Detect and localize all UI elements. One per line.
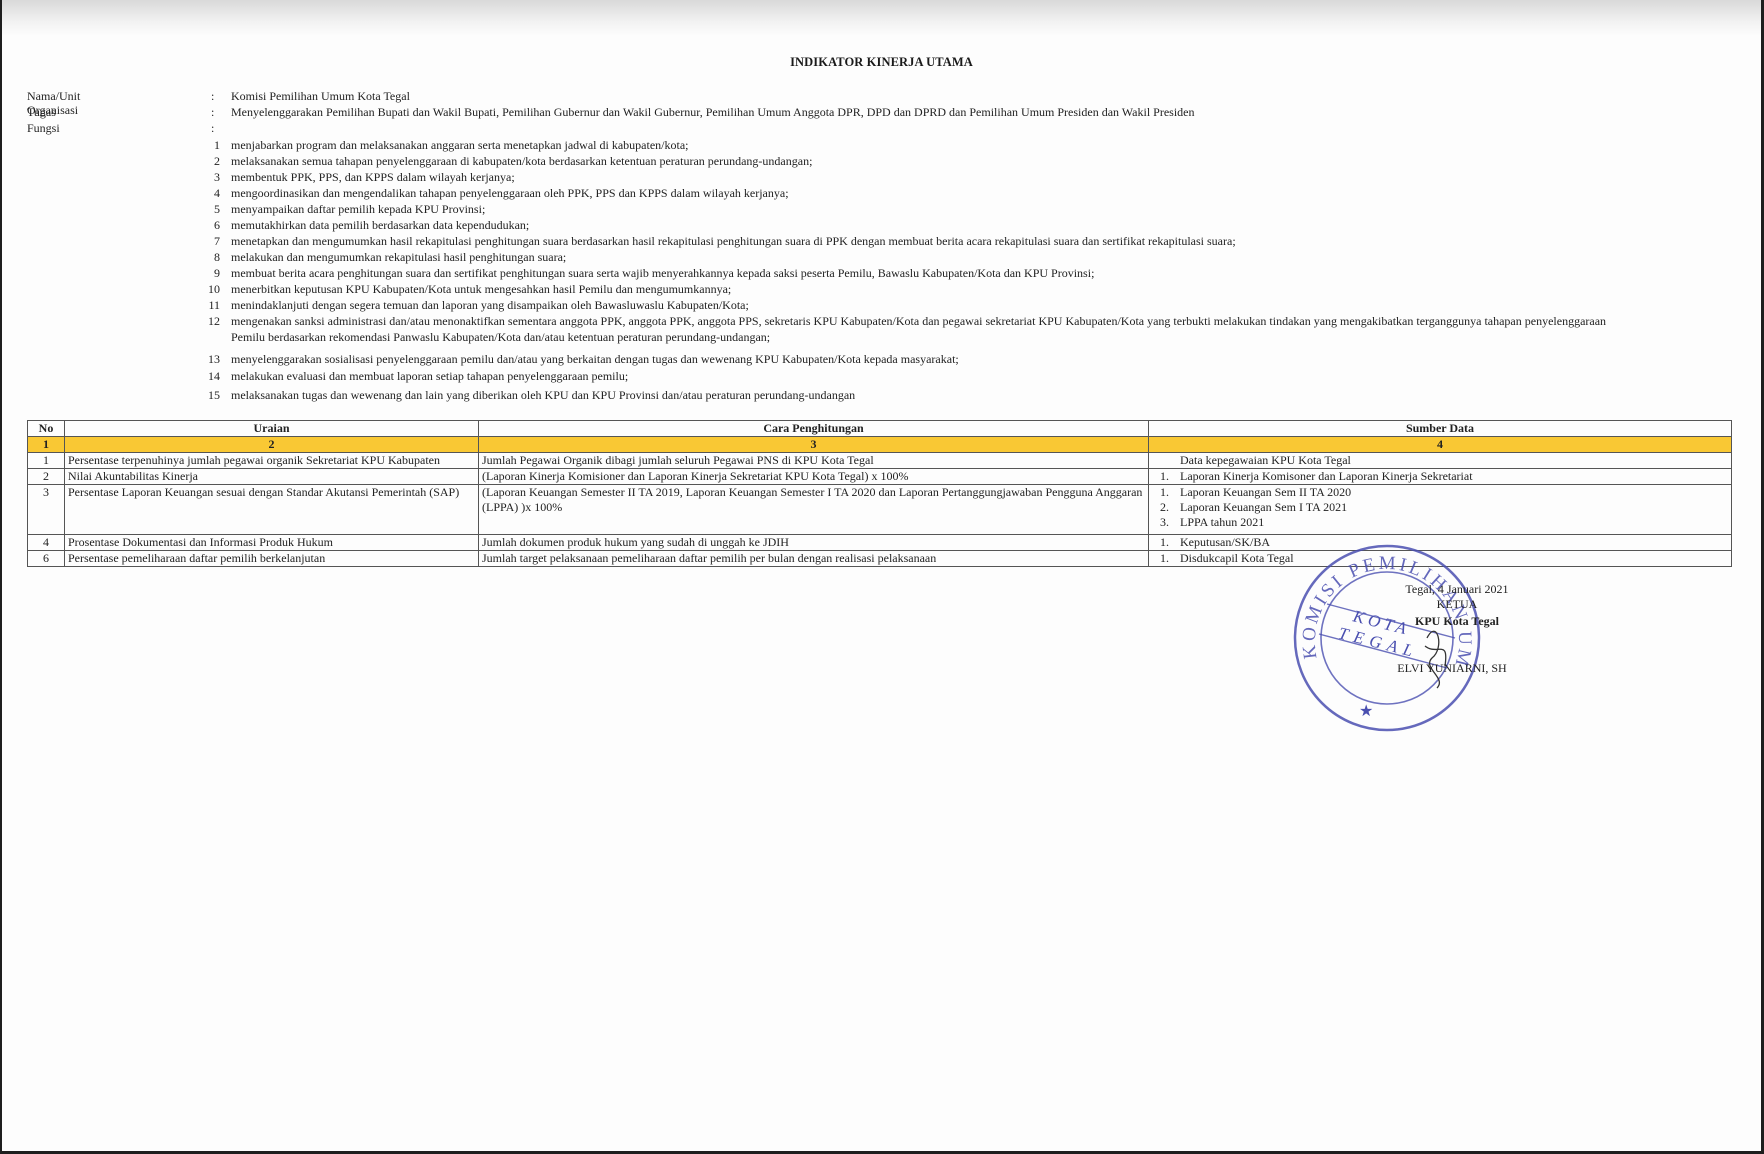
cell-cara: (Laporan Keuangan Semester II TA 2019, L… <box>479 485 1149 535</box>
meta-colon: : <box>211 121 214 135</box>
signature-position: KETUA <box>1372 596 1542 612</box>
fungsi-number: 10 <box>200 282 220 296</box>
source-number: 3. <box>1152 515 1180 530</box>
cell-sumber: 1.Laporan Kinerja Komisoner dan Laporan … <box>1149 469 1732 485</box>
source-item: 1.Laporan Keuangan Sem II TA 2020 <box>1152 485 1728 500</box>
column-number: 4 <box>1149 437 1732 453</box>
source-item: 1.Laporan Kinerja Komisoner dan Laporan … <box>1152 469 1728 484</box>
fungsi-number: 6 <box>200 218 220 232</box>
source-text: Keputusan/SK/BA <box>1180 535 1270 550</box>
fungsi-number: 2 <box>200 154 220 168</box>
column-number-row: 1 2 3 4 <box>28 437 1732 453</box>
fungsi-text: menyampaikan daftar pemilih kepada KPU P… <box>231 202 485 216</box>
fungsi-text: menyelenggarakan sosialisasi penyelengga… <box>231 352 959 366</box>
cell-cara: Jumlah target pelaksanaan pemeliharaan d… <box>479 551 1149 567</box>
fungsi-text: membentuk PPK, PPS, dan KPPS dalam wilay… <box>231 170 515 184</box>
fungsi-number: 12 <box>200 314 220 328</box>
fungsi-text: mengoordinasikan dan mengendalikan tahap… <box>231 186 789 200</box>
meta-label: Tugas <box>27 105 56 119</box>
document-page: INDIKATOR KINERJA UTAMA Nama/Unit Organi… <box>2 0 1761 1151</box>
source-text: Data kepegawaian KPU Kota Tegal <box>1180 453 1351 468</box>
cell-cara: (Laporan Kinerja Komisioner dan Laporan … <box>479 469 1149 485</box>
cell-sumber: Data kepegawaian KPU Kota Tegal <box>1149 453 1732 469</box>
fungsi-number: 15 <box>200 388 220 402</box>
fungsi-text: menjabarkan program dan melaksanakan ang… <box>231 138 688 152</box>
fungsi-text: menetapkan dan mengumumkan hasil rekapit… <box>231 234 1236 248</box>
fungsi-text: membuat berita acara penghitungan suara … <box>231 266 1094 280</box>
fungsi-number: 3 <box>200 170 220 184</box>
cell-uraian: Nilai Akuntabilitas Kinerja <box>65 469 479 485</box>
cell-no: 2 <box>28 469 65 485</box>
header-no: No <box>28 421 65 437</box>
source-text: Disdukcapil Kota Tegal <box>1180 551 1294 566</box>
source-number: 1. <box>1152 535 1180 550</box>
source-number: 2. <box>1152 500 1180 515</box>
source-text: LPPA tahun 2021 <box>1180 515 1264 530</box>
fungsi-text: melakukan dan mengumumkan rekapitulasi h… <box>231 250 566 264</box>
column-number: 3 <box>479 437 1149 453</box>
cell-no: 6 <box>28 551 65 567</box>
fungsi-number: 1 <box>200 138 220 152</box>
fungsi-text: menindaklanjuti dengan segera temuan dan… <box>231 298 749 312</box>
fungsi-text: memutakhirkan data pemilih berdasarkan d… <box>231 218 529 232</box>
cell-uraian: Persentase pemeliharaan daftar pemilih b… <box>65 551 479 567</box>
column-number: 2 <box>65 437 479 453</box>
fungsi-number: 8 <box>200 250 220 264</box>
meta-colon: : <box>211 105 214 119</box>
meta-colon: : <box>211 89 214 103</box>
source-text: Laporan Keuangan Sem I TA 2021 <box>1180 500 1347 515</box>
fungsi-number: 11 <box>200 298 220 312</box>
fungsi-number: 9 <box>200 266 220 280</box>
table-row: 2 Nilai Akuntabilitas Kinerja (Laporan K… <box>28 469 1732 485</box>
cell-uraian: Prosentase Dokumentasi dan Informasi Pro… <box>65 535 479 551</box>
source-number: 1. <box>1152 551 1180 566</box>
meta-label: Fungsi <box>27 121 60 135</box>
svg-text:★: ★ <box>1359 701 1373 720</box>
table-header-row: No Uraian Cara Penghitungan Sumber Data <box>28 421 1732 437</box>
fungsi-text: mengenakan sanksi administrasi dan/atau … <box>231 314 1606 328</box>
cell-cara: Jumlah Pegawai Organik dibagi jumlah sel… <box>479 453 1149 469</box>
source-item: Data kepegawaian KPU Kota Tegal <box>1152 453 1728 468</box>
cell-sumber: 1.Laporan Keuangan Sem II TA 2020 2.Lapo… <box>1149 485 1732 535</box>
cell-no: 1 <box>28 453 65 469</box>
fungsi-text: menerbitkan keputusan KPU Kabupaten/Kota… <box>231 282 731 296</box>
signature-institution: KPU Kota Tegal <box>1372 613 1542 629</box>
source-item: 3.LPPA tahun 2021 <box>1152 515 1728 530</box>
fungsi-text: melakukan evaluasi dan membuat laporan s… <box>231 369 628 383</box>
table-row: 3 Persentase Laporan Keuangan sesuai den… <box>28 485 1732 535</box>
fungsi-number: 14 <box>200 369 220 383</box>
source-number: 1. <box>1152 485 1180 500</box>
source-item: 2.Laporan Keuangan Sem I TA 2021 <box>1152 500 1728 515</box>
meta-value: Komisi Pemilihan Umum Kota Tegal <box>231 89 410 103</box>
fungsi-number: 5 <box>200 202 220 216</box>
source-number: 1. <box>1152 469 1180 484</box>
column-number: 1 <box>28 437 65 453</box>
fungsi-text: melaksanakan semua tahapan penyelenggara… <box>231 154 812 168</box>
fungsi-text: melaksanakan tugas dan wewenang dan lain… <box>231 388 855 402</box>
fungsi-number: 7 <box>200 234 220 248</box>
cell-uraian: Persentase Laporan Keuangan sesuai denga… <box>65 485 479 535</box>
cell-cara: Jumlah dokumen produk hukum yang sudah d… <box>479 535 1149 551</box>
cell-no: 4 <box>28 535 65 551</box>
fungsi-text: Pemilu berdasarkan rekomendasi Panwaslu … <box>231 330 770 344</box>
header-uraian: Uraian <box>65 421 479 437</box>
cell-no: 3 <box>28 485 65 535</box>
official-stamp-icon: KOMISI PEMILIHAN UMUM KOTA KOTA TEGAL ★ <box>1287 538 1487 738</box>
source-text: Laporan Kinerja Komisoner dan Laporan Ki… <box>1180 469 1473 484</box>
source-number <box>1152 453 1180 468</box>
fungsi-number: 4 <box>200 186 220 200</box>
cell-uraian: Persentase terpenuhinya jumlah pegawai o… <box>65 453 479 469</box>
header-cara-penghitungan: Cara Penghitungan <box>479 421 1149 437</box>
header-sumber-data: Sumber Data <box>1149 421 1732 437</box>
signature-place-date: Tegal, 4 Januari 2021 <box>1372 581 1542 597</box>
signature-name: ELVI YUNIARNI, SH <box>1362 660 1542 676</box>
fungsi-number: 13 <box>200 352 220 366</box>
source-text: Laporan Keuangan Sem II TA 2020 <box>1180 485 1351 500</box>
table-row: 1 Persentase terpenuhinya jumlah pegawai… <box>28 453 1732 469</box>
meta-value: Menyelenggarakan Pemilihan Bupati dan Wa… <box>231 105 1195 119</box>
document-title: INDIKATOR KINERJA UTAMA <box>2 55 1761 70</box>
